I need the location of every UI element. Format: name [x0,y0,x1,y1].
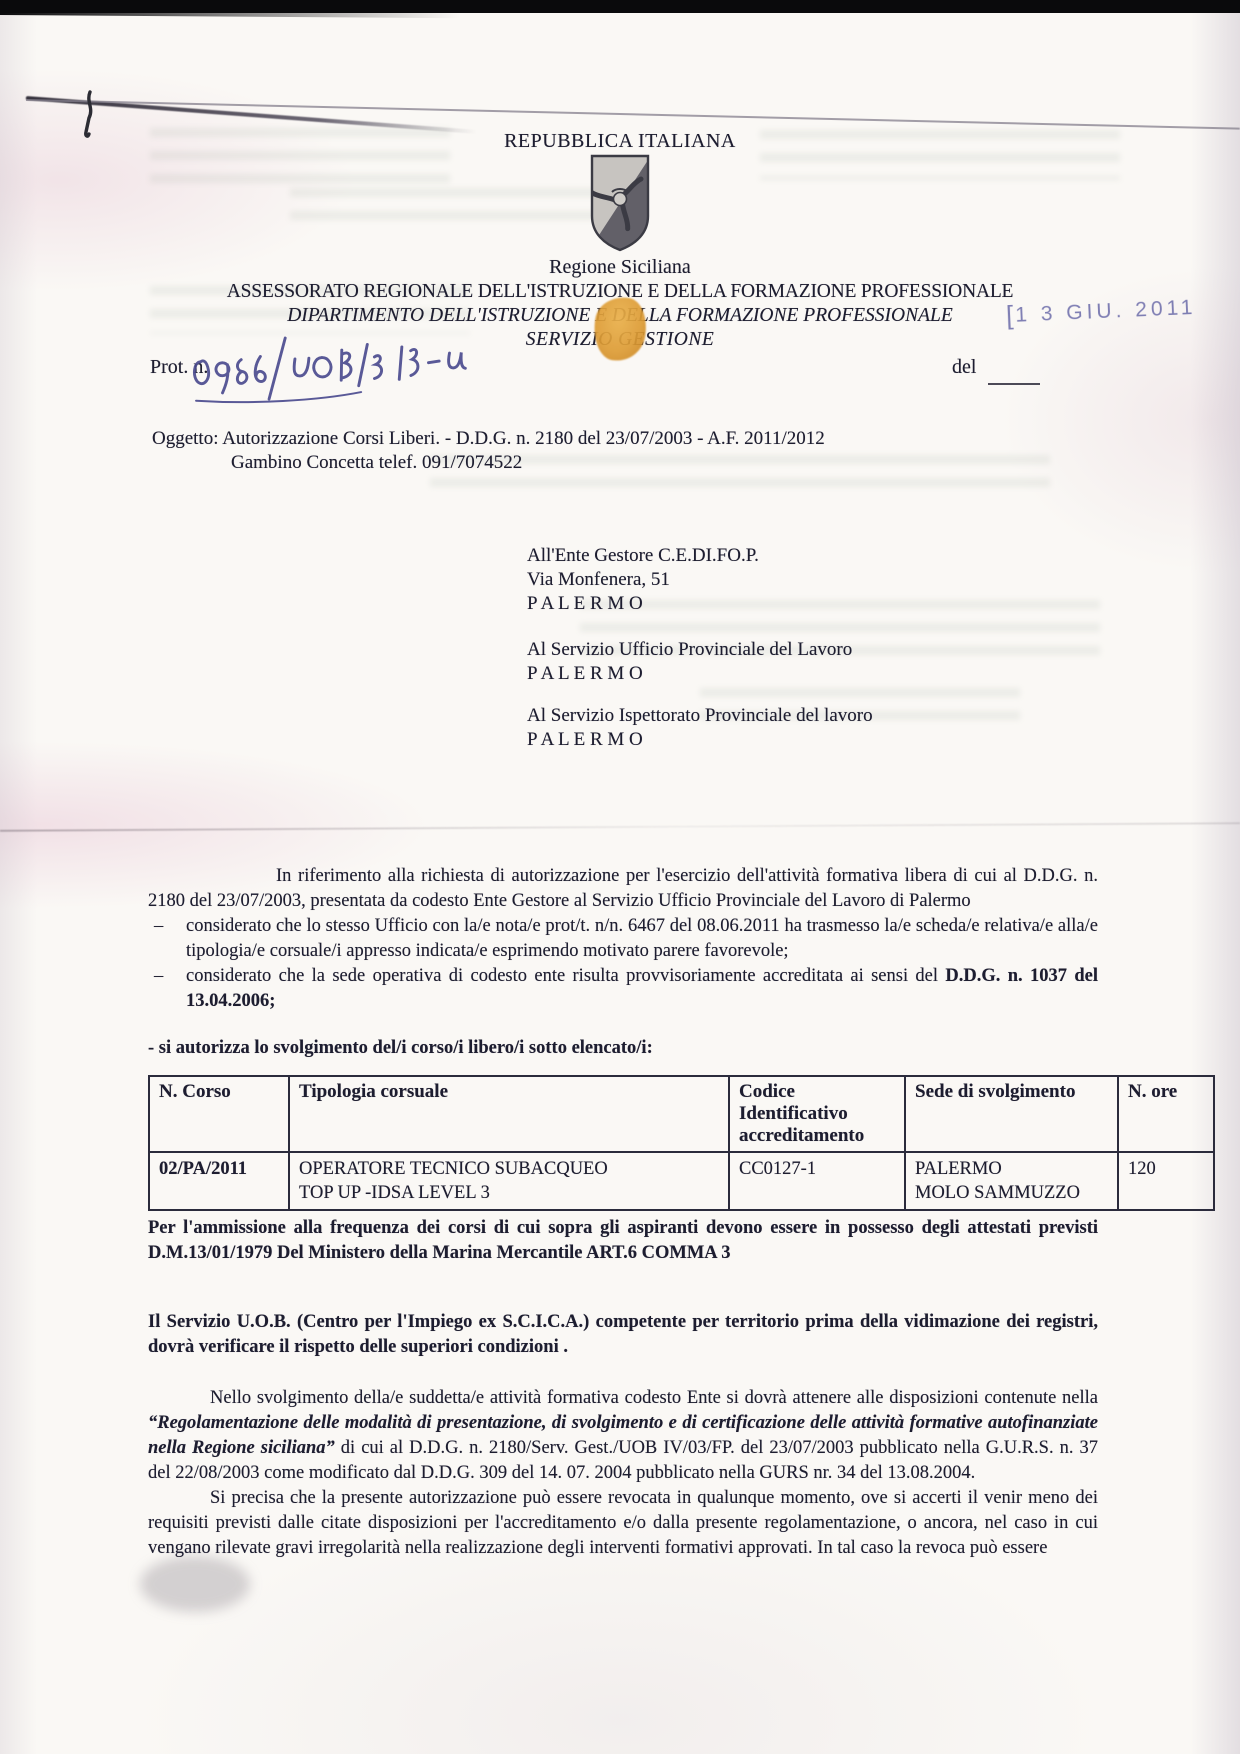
recipient-line: Via Monfenera, 51 [527,568,759,592]
cell-accreditation-code: CC0127-1 [729,1152,905,1210]
scanned-document-page: { "document": { "header": { "republic": … [0,0,1240,1754]
authorized-courses-table: N. Corso Tipologia corsuale Codice Ident… [148,1075,1215,1211]
bleedthrough-smudge [290,188,620,234]
cell-location: PALERMO MOLO SAMMUZZO [905,1152,1118,1210]
stamp-date-text: 1 3 GIU. 2011 [1015,296,1197,327]
authorization-statement: - si autorizza lo svolgimento del/i cors… [148,1036,1098,1061]
admission-requirements-note: Per l'ammissione alla frequenza dei cors… [148,1216,1098,1266]
paper-crease-line [26,99,1240,129]
trinacria-emblem [588,154,652,252]
revocation-paragraph: Si precisa che la presente autorizzazion… [148,1486,1098,1561]
recipient-line: Al Servizio Ispettorato Provinciale del … [527,704,873,728]
republic-title: REPUBBLICA ITALIANA [0,130,1240,153]
paper-fold-line [0,822,1240,832]
scan-smudge [140,1556,250,1612]
region-title: Regione Siciliana [0,256,1240,279]
subject-line-1: Oggetto: Autorizzazione Corsi Liberi. - … [152,428,825,450]
recipient-block-ente-gestore: All'Ente Gestore C.E.DI.FO.P. Via Monfen… [527,544,759,616]
cell-hours: 120 [1118,1152,1214,1210]
col-header-codice: Codice Identificativo accreditamento [729,1076,905,1152]
recipient-block-ispettorato: Al Servizio Ispettorato Provinciale del … [527,704,873,752]
bullet-1-text: considerato che lo stesso Ufficio con la… [186,916,1098,961]
col-header-n-ore: N. ore [1118,1076,1214,1152]
table-header-row: N. Corso Tipologia corsuale Codice Ident… [149,1076,1214,1152]
bullet-dash: – [154,964,163,989]
subject-line-2: Gambino Concetta telef. 091/7074522 [231,452,522,474]
col-header-sede: Sede di svolgimento [905,1076,1118,1152]
regulation-paragraph: Nello svolgimento della/e suddetta/e att… [148,1386,1098,1486]
recipient-line: P A L E R M O [527,592,759,616]
del-underline [988,383,1040,385]
recipient-line: P A L E R M O [527,662,852,686]
regulation-text-intro: Nello svolgimento della/e suddetta/e att… [210,1388,1098,1408]
considerato-bullet-1: – considerato che lo stesso Ufficio con … [148,914,1098,964]
handwritten-protocol-number [184,320,478,419]
stamp-bracket-mark: [ [1005,300,1014,330]
bleedthrough-smudge [430,455,1050,501]
del-label: del [952,356,976,379]
col-header-tipologia: Tipologia corsuale [289,1076,729,1152]
recipient-line: All'Ente Gestore C.E.DI.FO.P. [527,544,759,568]
recipient-line: P A L E R M O [527,728,873,752]
intro-paragraph: In riferimento alla richiesta di autoriz… [148,864,1098,914]
table-row: 02/PA/2011 OPERATORE TECNICO SUBACQUEO T… [149,1152,1214,1210]
letter-body: In riferimento alla richiesta di autoriz… [148,864,1098,1561]
cell-course-number: 02/PA/2011 [149,1152,289,1210]
cell-course-type: OPERATORE TECNICO SUBACQUEO TOP UP -IDSA… [289,1152,729,1210]
bullet-2-text: considerato che la sede operativa di cod… [186,966,945,986]
recipient-line: Al Servizio Ufficio Provinciale del Lavo… [527,638,852,662]
bullet-dash: – [154,914,163,939]
col-header-n-corso: N. Corso [149,1076,289,1152]
considerato-bullet-2: – considerato che la sede operativa di c… [148,964,1098,1014]
recipient-block-ufficio-provinciale: Al Servizio Ufficio Provinciale del Lavo… [527,638,852,686]
uob-verification-note: Il Servizio U.O.B. (Centro per l'Impiego… [148,1310,1098,1360]
